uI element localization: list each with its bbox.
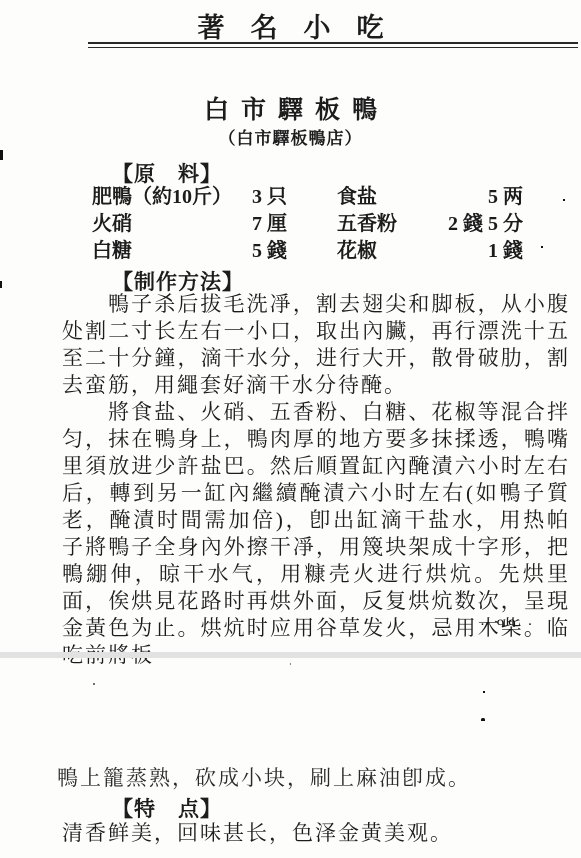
ingredient-name: 五香粉 <box>337 211 433 238</box>
features-line: 清香鲜美，回味甚长，色泽金黄美观。 <box>62 820 570 847</box>
ingredients-table: 肥鴨（約10斤） 3 只 食盐 5 两 火硝 7 厘 五香粉 2 錢 5 分 白… <box>92 184 523 265</box>
ingredient-qty: 1 錢 <box>433 238 523 265</box>
scan-speck <box>0 281 2 288</box>
ingredient-qty: 5 錢 <box>252 238 337 265</box>
ingredient-name: 肥鴨（約10斤） <box>92 184 252 211</box>
ingredient-name: 火硝 <box>92 211 252 238</box>
scan-speck <box>541 246 543 248</box>
book-title: 著名小吃 <box>0 6 581 45</box>
scan-speck <box>563 199 565 201</box>
page-number: · 99 · <box>480 617 537 627</box>
ingredient-qty: 7 厘 <box>252 211 337 238</box>
method-paragraph-1: 鴨子杀后拔毛洗凈，割去翅尖和脚板，从小腹处割二寸长左右一小口，取出內臟，再行漂洗… <box>62 291 570 399</box>
scan-speck <box>0 150 3 160</box>
ingredient-name: 食盐 <box>337 184 433 211</box>
recipe-title: 白市驛板鴨 <box>0 90 581 126</box>
scan-speck <box>290 663 291 665</box>
header-double-rule <box>88 42 578 48</box>
continuation-line: 鴨上籠蒸熟，砍成小块，刷上麻油卽成。 <box>57 765 572 792</box>
table-row: 肥鴨（約10斤） 3 只 食盐 5 两 <box>92 184 523 211</box>
table-row: 白糖 5 錢 花椒 1 錢 <box>92 238 523 265</box>
ingredient-qty: 3 只 <box>252 184 337 211</box>
ingredient-name: 花椒 <box>337 238 433 265</box>
ingredient-qty: 2 錢 5 分 <box>433 211 523 238</box>
features-heading: 【特 点】 <box>112 793 222 823</box>
method-body: 鴨子杀后拔毛洗凈，割去翅尖和脚板，从小腹处割二寸长左右一小口，取出內臟，再行漂洗… <box>62 291 570 669</box>
scan-seam-strip <box>0 652 581 658</box>
ingredient-qty: 5 两 <box>433 184 523 211</box>
recipe-subtitle: （白市驛板鴨店） <box>0 124 581 149</box>
scan-speck <box>483 691 485 693</box>
table-row: 火硝 7 厘 五香粉 2 錢 5 分 <box>92 211 523 238</box>
ingredient-name: 白糖 <box>92 238 252 265</box>
method-paragraph-2: 將食盐、火硝、五香粉、白糖、花椒等混合拌匀，抹在鴨身上，鴨肉厚的地方要多抹揉透，… <box>62 399 570 669</box>
scan-speck <box>481 718 485 721</box>
scanned-recipe-page: 著名小吃 白市驛板鴨 （白市驛板鴨店） 【原 料】 肥鴨（約10斤） 3 只 食… <box>0 0 581 858</box>
scan-speck <box>93 683 95 685</box>
